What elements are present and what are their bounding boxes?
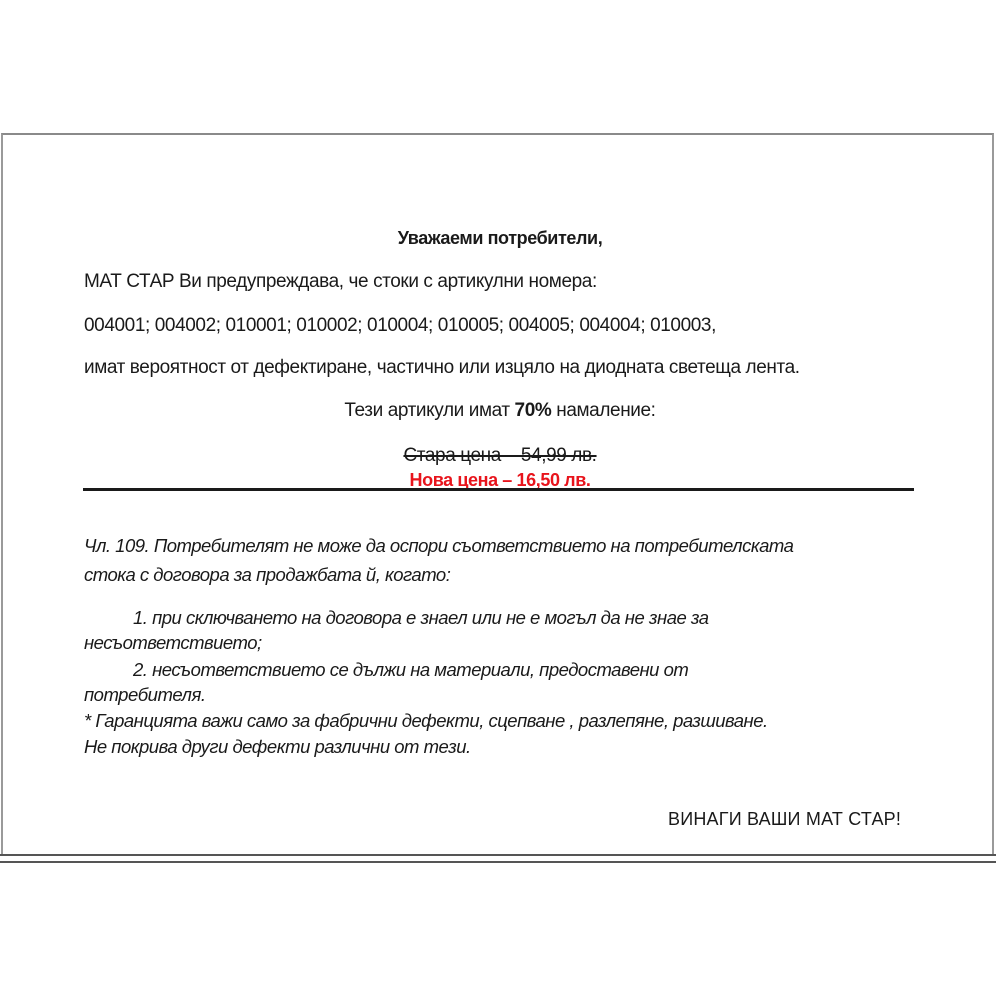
discount-suffix: намаление:: [551, 400, 655, 421]
warranty-note: Не покрива други дефекти различни от тез…: [84, 734, 471, 760]
intro-text: МАТ СТАР Ви предупреждава, че стоки с ар…: [84, 270, 597, 294]
legal-text-line: несъответствието;: [84, 630, 262, 656]
bottom-border-line: [0, 861, 996, 863]
discount-prefix: Тези артикули имат: [344, 400, 514, 421]
legal-clause-1: 1. при сключването на договора е знаел и…: [133, 605, 709, 631]
warranty-note: * Гаранцията важи само за фабрични дефек…: [84, 708, 768, 734]
legal-clause-2: 2. несъответствието се дължи на материал…: [133, 657, 688, 683]
section-divider: [83, 488, 914, 491]
bottom-border-line: [0, 854, 996, 856]
legal-text-line: потребителя.: [84, 682, 206, 708]
discount-line: Тези артикули имат 70% намаление:: [0, 399, 1000, 423]
signoff: ВИНАГИ ВАШИ МАТ СТАР!: [668, 807, 901, 831]
old-price: Стара цена – 54,99 лв.: [0, 444, 1000, 468]
legal-text-line: стока с договора за продажбата й, когато…: [84, 562, 450, 588]
greeting-heading: Уважаеми потребители,: [0, 226, 1000, 250]
article-numbers: 004001; 004002; 010001; 010002; 010004; …: [84, 314, 716, 338]
defect-text: имат вероятност от дефектиране, частично…: [84, 356, 800, 380]
discount-value: 70%: [515, 400, 552, 421]
legal-text-line: Чл. 109. Потребителят не може да оспори …: [84, 533, 793, 559]
